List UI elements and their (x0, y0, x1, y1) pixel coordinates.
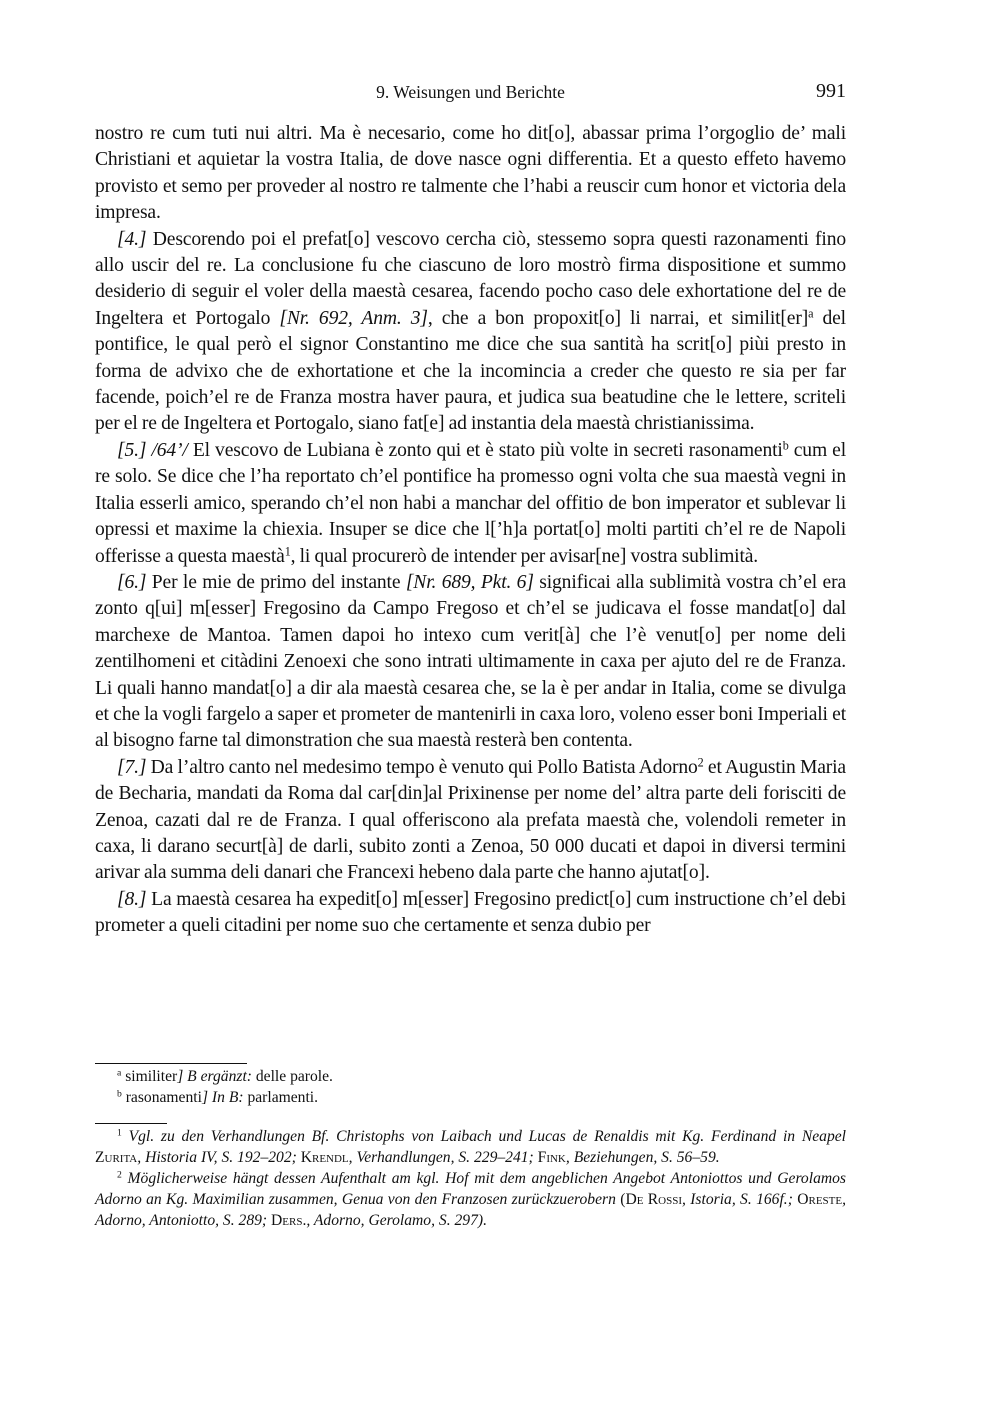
apparatus-lemma: rasonamenti (126, 1089, 202, 1106)
author-name: Krendl (301, 1149, 349, 1166)
footnote-text: , Istoria, S. 166f.; (682, 1191, 797, 1208)
apparatus-mark: b (117, 1089, 122, 1100)
apparatus-witness: B ergänzt: (183, 1068, 252, 1085)
paragraph-number: [5.] /64’/ (117, 440, 188, 461)
running-head: 9. Weisungen und Berichte 991 (95, 80, 846, 108)
paragraph-text: , che a bon propoxit[o] li narrai, et si… (428, 308, 808, 329)
paragraph-number: [4.] (117, 229, 146, 250)
paragraph-4: [4.] Descorendo poi el prefat[o] vescovo… (95, 227, 846, 438)
paragraph-8: [8.] La maestà cesarea ha expedit[o] m[e… (95, 887, 846, 940)
author-name: De Rossi (625, 1191, 682, 1208)
author-name: Fink (538, 1149, 566, 1166)
footnote-1: 1 Vgl. zu den Verhandlungen Bf. Christop… (95, 1126, 846, 1168)
apparatus-witness: In B: (208, 1089, 244, 1106)
footnote-text: , Historia IV, S. 192–202; (137, 1149, 300, 1166)
paragraph-continuation: nostro re cum tuti nui altri. Ma è neces… (95, 121, 846, 227)
paragraph-text: significai alla sublimità vostra ch’el e… (95, 572, 846, 751)
paragraph-5: [5.] /64’/ El vescovo de Lubiana è zonto… (95, 438, 846, 570)
main-text: nostro re cum tuti nui altri. Ma è neces… (95, 121, 846, 940)
apparatus-reading: delle parole. (252, 1068, 333, 1085)
paragraph-6: [6.] Per le mie de primo del instante [N… (95, 570, 846, 755)
paragraph-number: [8.] (117, 889, 146, 910)
apparatus-reading: parlamenti. (244, 1089, 318, 1106)
footnote-text: , Verhandlungen, S. 229–241; (349, 1149, 538, 1166)
paragraph-7: [7.] Da l’altro canto nel medesimo tempo… (95, 755, 846, 887)
paragraph-text: , li qual procurerò de intender per avis… (291, 546, 758, 567)
apparatus-entry: a similiter] B ergänzt: delle parole. (95, 1066, 846, 1087)
footnote-text: , Adorno, Gerolamo, S. 297). (306, 1212, 487, 1229)
cross-reference: [Nr. 689, Pkt. 6] (406, 572, 534, 593)
footnote-2: 2 Möglicherweise hängt dessen Aufenthalt… (95, 1168, 846, 1231)
page-number: 991 (816, 80, 846, 103)
paragraph-number: [6.] (117, 572, 146, 593)
apparatus-lemma: similiter (125, 1068, 177, 1085)
footnote-rule (95, 1123, 167, 1124)
paragraph-number: [7.] (117, 757, 146, 778)
footnote-text: , Beziehungen, S. 56–59. (566, 1149, 720, 1166)
footnote-text: Vgl. zu den Verhandlungen Bf. Christophs… (122, 1128, 846, 1145)
apparatus-entry: b rasonamenti] In B: parlamenti. (95, 1087, 846, 1108)
footnotes: 1 Vgl. zu den Verhandlungen Bf. Christop… (95, 1126, 846, 1231)
running-title: 9. Weisungen und Berichte (95, 82, 846, 103)
paragraph-text: El vescovo de Lubiana è zonto qui et è s… (188, 440, 783, 461)
paragraph-text: Per le mie de primo del instante (146, 572, 405, 593)
author-name: Ders. (271, 1212, 306, 1229)
apparatus-rule (95, 1063, 247, 1064)
cross-reference: [Nr. 692, Anm. 3] (279, 308, 428, 329)
apparatus-mark: a (117, 1068, 121, 1079)
author-name: Zurita (95, 1149, 137, 1166)
author-name: Oreste (797, 1191, 842, 1208)
critical-apparatus: a similiter] B ergänzt: delle parole. b … (95, 1066, 846, 1108)
paragraph-text: Da l’altro canto nel medesimo tempo è ve… (146, 757, 697, 778)
paragraph-text: La maestà cesarea ha expedit[o] m[esser]… (95, 889, 846, 936)
